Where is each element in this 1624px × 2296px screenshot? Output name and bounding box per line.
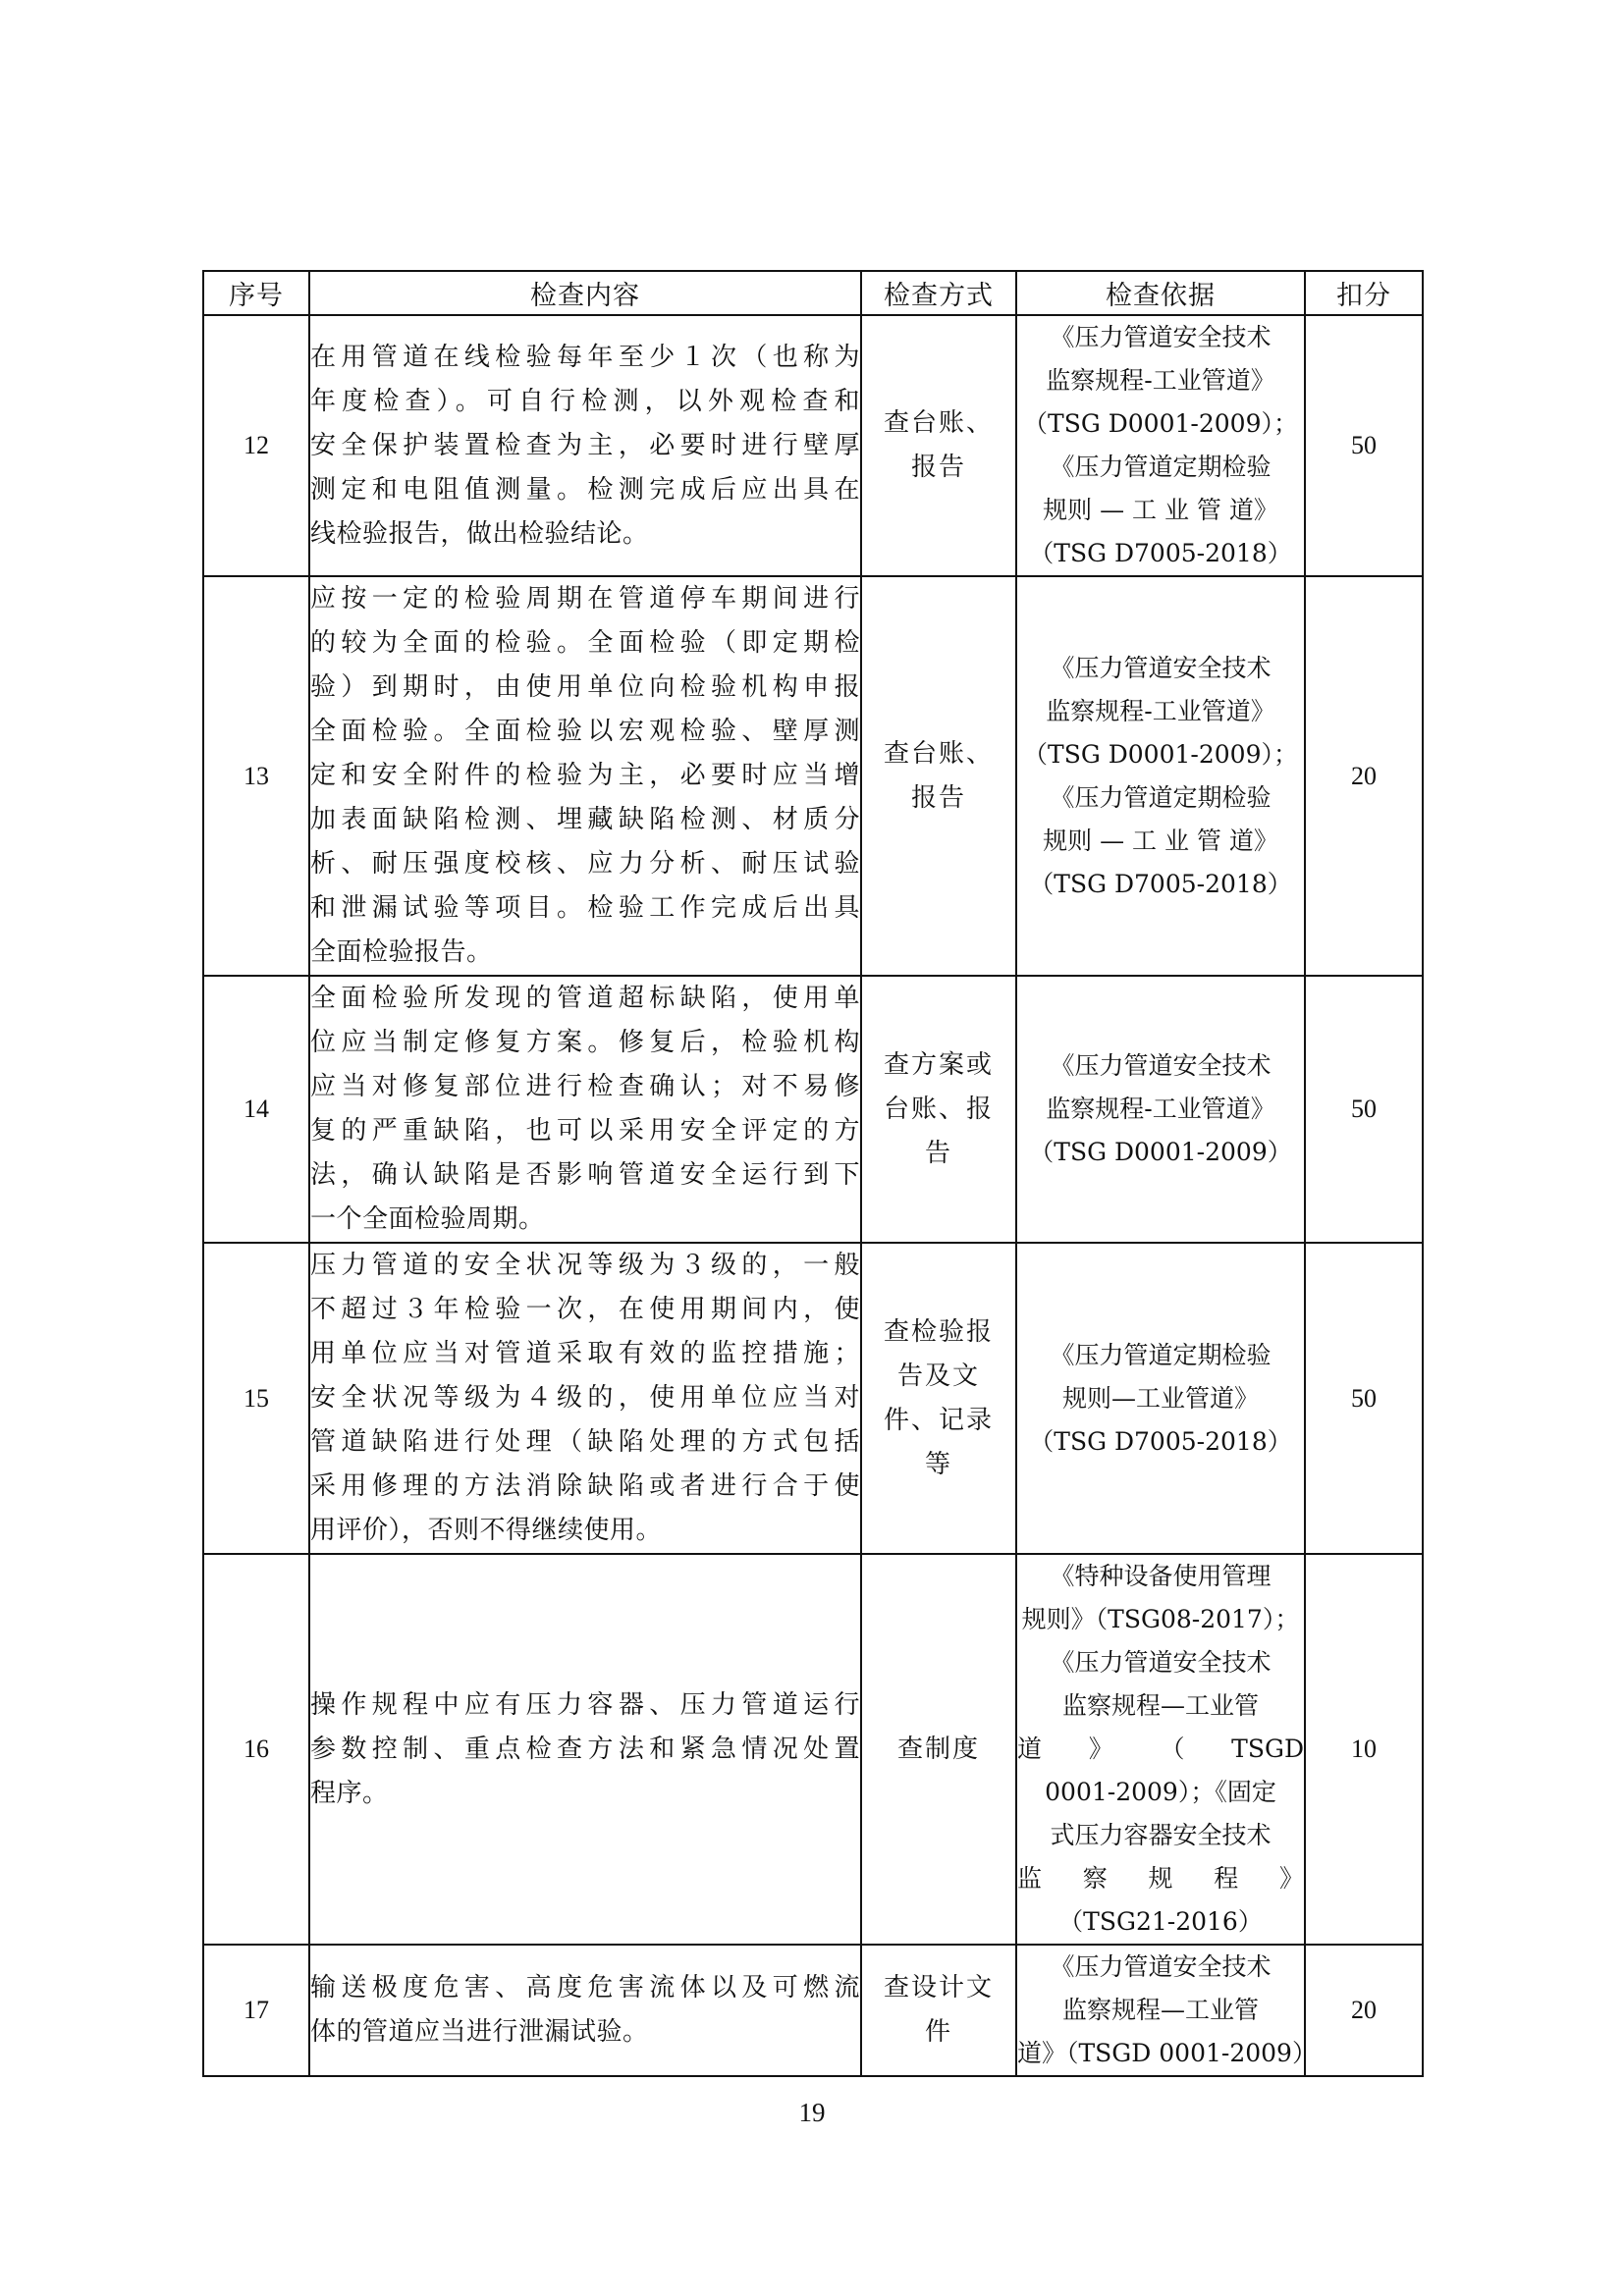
content-line: 应按一定的检验周期在管道停车期间进行: [310, 577, 860, 621]
header-no: 序号: [203, 271, 309, 315]
basis-line: 规则》（TSG08-2017）；: [1017, 1598, 1304, 1641]
inspection-content: 输送极度危害、高度危害流体以及可燃流体的管道应当进行泄漏试验。: [309, 1945, 861, 2076]
inspection-method: 查制度: [861, 1554, 1016, 1945]
content-line: 采用修理的方法消除缺陷或者进行合于使: [310, 1465, 860, 1509]
table-header-row: 序号 检查内容 检查方式 检查依据 扣分: [203, 271, 1423, 315]
content-line: 用单位应当对管道采取有效的监控措施；: [310, 1332, 860, 1376]
inspection-basis: 《压力管道安全技术监察规程-工业管道》（TSG D0001-2009）；《压力管…: [1016, 315, 1305, 576]
method-line: 查制度: [862, 1728, 1015, 1772]
inspection-basis: 《压力管道安全技术监察规程-工业管道》（TSG D0001-2009）；《压力管…: [1016, 576, 1305, 976]
deduction-points: 20: [1305, 1945, 1423, 2076]
basis-line: 式压力容器安全技术: [1017, 1814, 1304, 1857]
content-line: 操作规程中应有压力容器、压力管道运行: [310, 1683, 860, 1728]
basis-line: 《特种设备使用管理: [1017, 1555, 1304, 1598]
basis-line: （TSG D7005-2018）: [1017, 1420, 1304, 1464]
inspection-content: 在用管道在线检验每年至少１次（也称为年度检查）。可自行检测，以外观检查和安全保护…: [309, 315, 861, 576]
content-line: 析、耐压强度校核、应力分析、耐压试验: [310, 842, 860, 886]
content-line: 参数控制、重点检查方法和紧急情况处置: [310, 1728, 860, 1772]
table-row: 16操作规程中应有压力容器、压力管道运行参数控制、重点检查方法和紧急情况处置程序…: [203, 1554, 1423, 1945]
content-line: 测定和电阻值测量。检测完成后应出具在: [310, 468, 860, 512]
content-line: 一个全面检验周期。: [310, 1198, 860, 1242]
inspection-method: 查台账、报告: [861, 315, 1016, 576]
inspection-content: 应按一定的检验周期在管道停车期间进行的较为全面的检验。全面检验（即定期检验）到期…: [309, 576, 861, 976]
basis-line: 0001-2009）；《固定: [1017, 1771, 1304, 1814]
basis-line: 《压力管道定期检验: [1017, 446, 1304, 489]
table-row: 12在用管道在线检验每年至少１次（也称为年度检查）。可自行检测，以外观检查和安全…: [203, 315, 1423, 576]
method-line: 件、记录: [862, 1399, 1015, 1443]
deduction-points: 50: [1305, 976, 1423, 1243]
content-line: 不超过３年检验一次，在使用期间内，使: [310, 1288, 860, 1332]
inspection-table: 序号 检查内容 检查方式 检查依据 扣分 12在用管道在线检验每年至少１次（也称…: [202, 270, 1424, 2077]
row-number: 16: [203, 1554, 309, 1945]
inspection-method: 查设计文件: [861, 1945, 1016, 2076]
deduction-points: 50: [1305, 1243, 1423, 1554]
content-line: 输送极度危害、高度危害流体以及可燃流: [310, 1966, 860, 2010]
basis-line: 规则 — 工 业 管 道》: [1017, 489, 1304, 532]
method-line: 告: [862, 1132, 1015, 1176]
content-line: 用评价），否则不得继续使用。: [310, 1509, 860, 1553]
inspection-basis: 《特种设备使用管理规则》（TSG08-2017）；《压力管道安全技术监察规程—工…: [1016, 1554, 1305, 1945]
basis-line: （TSG D0001-2009）；: [1017, 733, 1304, 776]
method-line: 查台账、: [862, 401, 1015, 446]
method-line: 等: [862, 1443, 1015, 1487]
inspection-basis: 《压力管道定期检验规则—工业管道》（TSG D7005-2018）: [1016, 1243, 1305, 1554]
content-line: 全面检验。全面检验以宏观检验、壁厚测: [310, 710, 860, 754]
content-line: 程序。: [310, 1772, 860, 1816]
content-line: 在用管道在线检验每年至少１次（也称为: [310, 336, 860, 380]
content-line: 全面检验报告。: [310, 931, 860, 975]
basis-line: （TSG D0001-2009）；: [1017, 402, 1304, 446]
basis-line: （TSG21-2016）: [1017, 1900, 1304, 1944]
basis-line: 《压力管道安全技术: [1017, 316, 1304, 359]
basis-line: 《压力管道定期检验: [1017, 1334, 1304, 1377]
row-number: 12: [203, 315, 309, 576]
method-line: 告及文: [862, 1355, 1015, 1399]
basis-line: 监察规程—工业管: [1017, 1989, 1304, 2032]
header-basis: 检查依据: [1016, 271, 1305, 315]
basis-line: 监察规程-工业管道》: [1017, 1088, 1304, 1131]
content-line: 全面检验所发现的管道超标缺陷，使用单: [310, 977, 860, 1021]
basis-line: 道》（TSGD 0001-2009）: [1017, 2032, 1304, 2075]
content-line: 安全保护装置检查为主，必要时进行壁厚: [310, 424, 860, 468]
content-line: 验）到期时，由使用单位向检验机构申报: [310, 666, 860, 710]
deduction-points: 50: [1305, 315, 1423, 576]
method-line: 报告: [862, 776, 1015, 821]
content-line: 应当对修复部位进行检查确认；对不易修: [310, 1065, 860, 1109]
content-line: 压力管道的安全状况等级为３级的，一般: [310, 1244, 860, 1288]
content-line: 管道缺陷进行处理（缺陷处理的方式包括: [310, 1420, 860, 1465]
page-number: 19: [0, 2098, 1624, 2128]
inspection-method: 查台账、报告: [861, 576, 1016, 976]
basis-line: 《压力管道安全技术: [1017, 1946, 1304, 1989]
basis-line: （TSG D7005-2018）: [1017, 532, 1304, 575]
method-line: 报告: [862, 446, 1015, 490]
method-line: 查检验报: [862, 1310, 1015, 1355]
table-row: 14全面检验所发现的管道超标缺陷，使用单位应当制定修复方案。修复后，检验机构应当…: [203, 976, 1423, 1243]
inspection-content: 全面检验所发现的管道超标缺陷，使用单位应当制定修复方案。修复后，检验机构应当对修…: [309, 976, 861, 1243]
content-line: 体的管道应当进行泄漏试验。: [310, 2010, 860, 2055]
header-content: 检查内容: [309, 271, 861, 315]
document-page: 序号 检查内容 检查方式 检查依据 扣分 12在用管道在线检验每年至少１次（也称…: [0, 0, 1624, 2296]
inspection-content: 压力管道的安全状况等级为３级的，一般不超过３年检验一次，在使用期间内，使用单位应…: [309, 1243, 861, 1554]
content-line: 的较为全面的检验。全面检验（即定期检: [310, 621, 860, 666]
header-deduction: 扣分: [1305, 271, 1423, 315]
deduction-points: 10: [1305, 1554, 1423, 1945]
inspection-basis: 《压力管道安全技术监察规程-工业管道》（TSG D0001-2009）: [1016, 976, 1305, 1243]
basis-line: 《压力管道定期检验: [1017, 776, 1304, 820]
basis-line: 《压力管道安全技术: [1017, 647, 1304, 690]
content-line: 复的严重缺陷，也可以采用安全评定的方: [310, 1109, 860, 1153]
content-line: 线检验报告，做出检验结论。: [310, 512, 860, 557]
basis-line: 规则 — 工 业 管 道》: [1017, 820, 1304, 863]
table-body: 12在用管道在线检验每年至少１次（也称为年度检查）。可自行检测，以外观检查和安全…: [203, 315, 1423, 2076]
content-line: 安全状况等级为４级的，使用单位应当对: [310, 1376, 860, 1420]
method-line: 件: [862, 2010, 1015, 2055]
basis-line: 《压力管道安全技术: [1017, 1641, 1304, 1684]
table-row: 15压力管道的安全状况等级为３级的，一般不超过３年检验一次，在使用期间内，使用单…: [203, 1243, 1423, 1554]
row-number: 15: [203, 1243, 309, 1554]
method-line: 查台账、: [862, 732, 1015, 776]
basis-line: （TSG D0001-2009）: [1017, 1131, 1304, 1174]
content-line: 年度检查）。可自行检测，以外观检查和: [310, 380, 860, 424]
basis-line: 规则—工业管道》: [1017, 1377, 1304, 1420]
content-line: 和泄漏试验等项目。检验工作完成后出具: [310, 886, 860, 931]
inspection-content: 操作规程中应有压力容器、压力管道运行参数控制、重点检查方法和紧急情况处置程序。: [309, 1554, 861, 1945]
row-number: 13: [203, 576, 309, 976]
content-line: 加表面缺陷检测、埋藏缺陷检测、材质分: [310, 798, 860, 842]
inspection-basis: 《压力管道安全技术监察规程—工业管道》（TSGD 0001-2009）: [1016, 1945, 1305, 2076]
basis-line: 监察规程-工业管道》: [1017, 690, 1304, 733]
inspection-method: 查方案或台账、报告: [861, 976, 1016, 1243]
table-row: 17输送极度危害、高度危害流体以及可燃流体的管道应当进行泄漏试验。查设计文件《压…: [203, 1945, 1423, 2076]
header-method: 检查方式: [861, 271, 1016, 315]
method-line: 查方案或: [862, 1043, 1015, 1088]
content-line: 定和安全附件的检验为主，必要时应当增: [310, 754, 860, 798]
basis-line: 监察规程-工业管道》: [1017, 359, 1304, 402]
table-row: 13应按一定的检验周期在管道停车期间进行的较为全面的检验。全面检验（即定期检验）…: [203, 576, 1423, 976]
deduction-points: 20: [1305, 576, 1423, 976]
content-line: 法，确认缺陷是否影响管道安全运行到下: [310, 1153, 860, 1198]
row-number: 17: [203, 1945, 309, 2076]
basis-line: 监 察 规 程 》: [1017, 1857, 1304, 1900]
row-number: 14: [203, 976, 309, 1243]
basis-line: 监察规程—工业管: [1017, 1684, 1304, 1728]
method-line: 台账、报: [862, 1088, 1015, 1132]
method-line: 查设计文: [862, 1966, 1015, 2010]
basis-line: 《压力管道安全技术: [1017, 1044, 1304, 1088]
content-line: 位应当制定修复方案。修复后，检验机构: [310, 1021, 860, 1065]
basis-line: 道 》 （ TSGD: [1017, 1728, 1304, 1771]
inspection-method: 查检验报告及文件、记录等: [861, 1243, 1016, 1554]
basis-line: （TSG D7005-2018）: [1017, 863, 1304, 906]
